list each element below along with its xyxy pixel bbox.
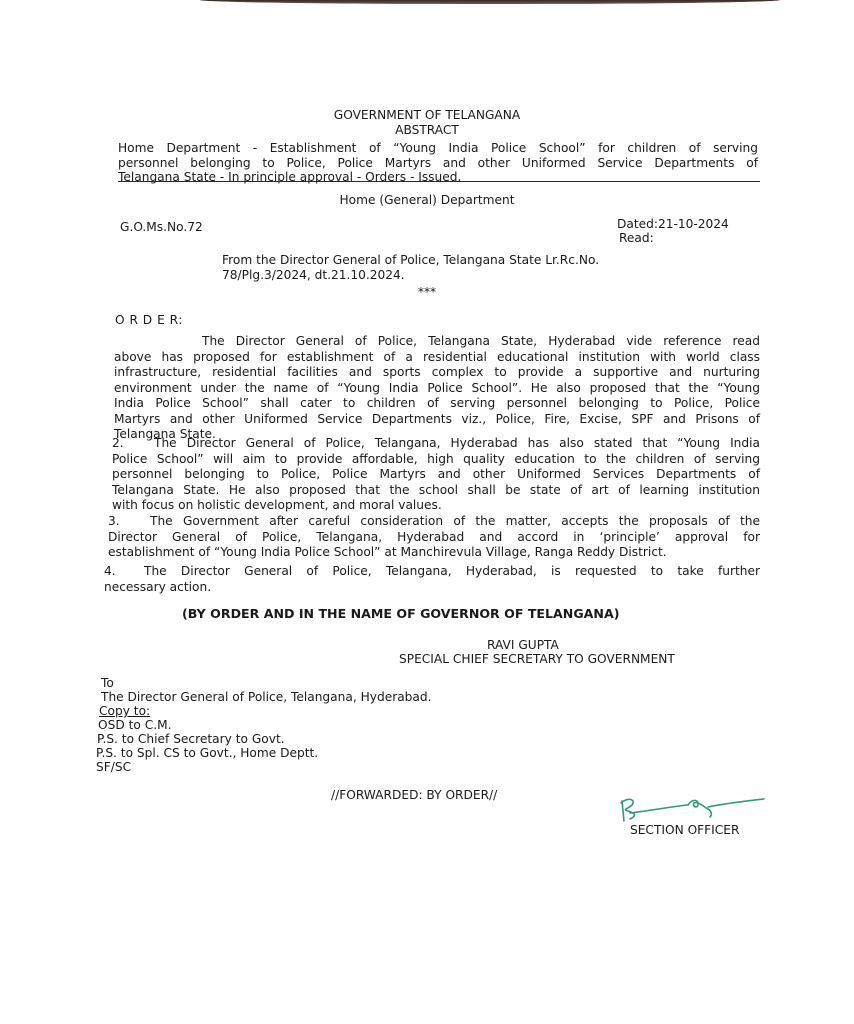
order-heading: O R D E R:: [115, 313, 183, 327]
copy-recipient: OSD to C.M.: [98, 718, 171, 732]
order-paragraph-4: 4.The Director General of Police, Telang…: [104, 564, 760, 595]
read-label: Read:: [619, 231, 654, 245]
signature-icon: [618, 795, 768, 825]
order-paragraph-3: 3.The Government after careful considera…: [108, 514, 760, 561]
copy-to-label: Copy to:: [99, 704, 150, 718]
order-paragraph-1: The Director General of Police, Telangan…: [114, 334, 760, 443]
to-recipient: The Director General of Police, Telangan…: [101, 690, 432, 704]
signatory-name: RAVI GUPTA: [487, 638, 559, 652]
subject-underline: [118, 181, 760, 182]
separator: ***: [0, 285, 854, 299]
go-number: G.O.Ms.No.72: [120, 220, 203, 234]
reference-line: 78/Plg.3/2024, dt.21.10.2024.: [222, 268, 405, 282]
subject-line: Home Department - Establishment of “Youn…: [118, 141, 758, 157]
section-officer-title: SECTION OFFICER: [630, 823, 739, 837]
copy-recipient: SF/SC: [96, 760, 131, 774]
paragraph-number: 2.: [112, 436, 154, 452]
reference-line: From the Director General of Police, Tel…: [222, 253, 599, 267]
abstract-title: ABSTRACT: [0, 123, 854, 137]
signatory-designation: SPECIAL CHIEF SECRETARY TO GOVERNMENT: [399, 652, 675, 666]
authority-line: (BY ORDER AND IN THE NAME OF GOVERNOR OF…: [182, 606, 619, 621]
department: Home (General) Department: [0, 193, 854, 207]
paragraph-number: 4.: [104, 564, 144, 580]
paragraph-number: 3.: [108, 514, 150, 530]
copy-recipient: P.S. to Chief Secretary to Govt.: [97, 732, 285, 746]
government-title: GOVERNMENT OF TELANGANA: [0, 108, 854, 122]
to-label: To: [101, 676, 114, 690]
copy-recipient: P.S. to Spl. CS to Govt., Home Deptt.: [96, 746, 318, 760]
order-paragraph-2: 2.The Director General of Police, Telang…: [112, 436, 760, 514]
forwarded-line: //FORWARDED: BY ORDER//: [331, 788, 497, 802]
scan-edge: [200, 0, 780, 4]
dated: Dated:21-10-2024: [617, 217, 729, 231]
